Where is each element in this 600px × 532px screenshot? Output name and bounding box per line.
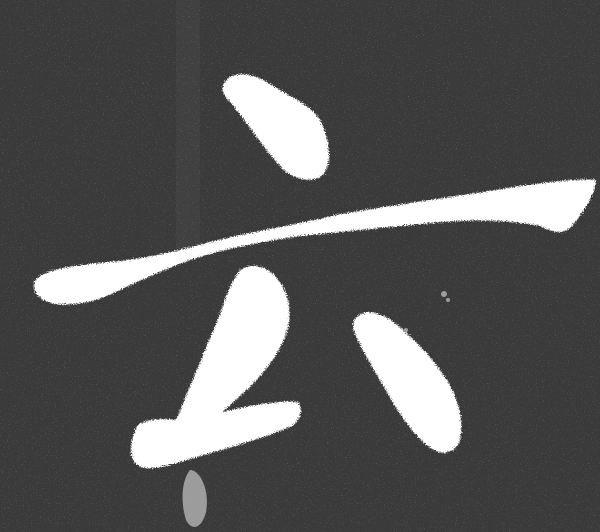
rubbing-canvas (0, 0, 600, 532)
calligraphy-rubbing: 六 (0, 0, 600, 532)
